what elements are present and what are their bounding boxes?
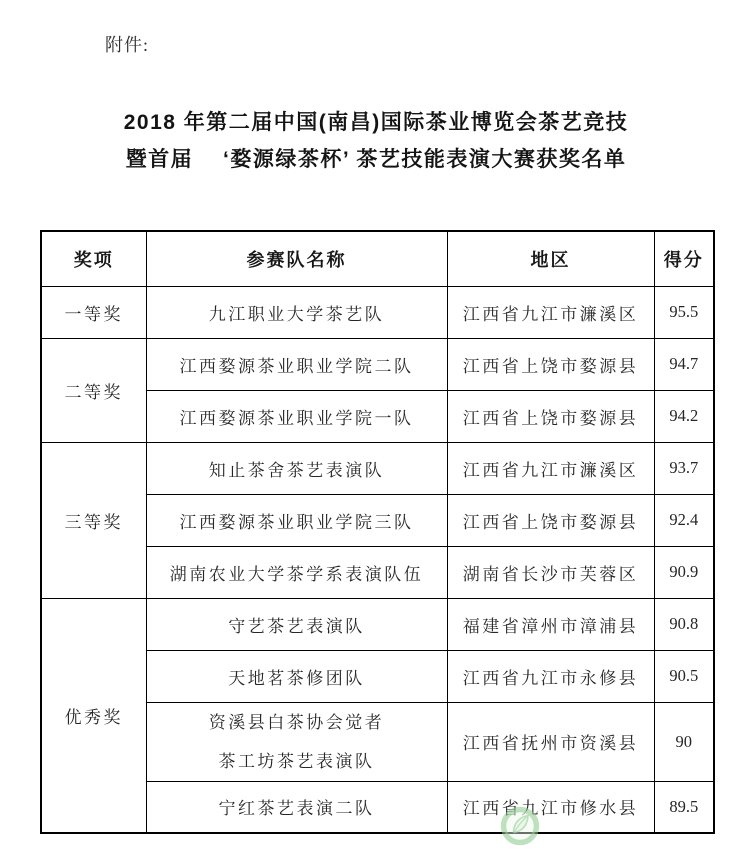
score-cell: 94.7 (654, 338, 714, 390)
attachment-label: 附件: (105, 31, 149, 57)
document-title: 2018 年第二届中国(南昌)国际茶业博览会茶艺竞技 暨首届 ‘婺源绿茶杯’ 茶… (0, 104, 752, 178)
score-cell: 89.5 (654, 781, 714, 833)
table-header-row: 奖项 参赛队名称 地区 得分 (41, 231, 714, 286)
header-team: 参赛队名称 (146, 231, 447, 286)
region-cell: 江西省上饶市婺源县 (447, 338, 654, 390)
header-region: 地区 (447, 231, 654, 286)
team-cell: 九江职业大学茶艺队 (146, 286, 447, 338)
awards-table: 奖项 参赛队名称 地区 得分 一等奖 九江职业大学茶艺队 江西省九江市濂溪区 9… (40, 230, 715, 834)
score-cell: 92.4 (654, 494, 714, 546)
team-cell: 守艺茶艺表演队 (146, 598, 447, 650)
header-award: 奖项 (41, 231, 146, 286)
team-cell: 宁红茶艺表演二队 (146, 781, 447, 833)
region-cell: 江西省九江市永修县 (447, 650, 654, 702)
team-cell: 天地茗茶修团队 (146, 650, 447, 702)
score-cell: 90.9 (654, 546, 714, 598)
score-cell: 90 (654, 702, 714, 781)
document-page: 附件: 2018 年第二届中国(南昌)国际茶业博览会茶艺竞技 暨首届 ‘婺源绿茶… (0, 0, 752, 861)
score-cell: 95.5 (654, 286, 714, 338)
region-cell: 福建省漳州市漳浦县 (447, 598, 654, 650)
team-cell: 资溪县白茶协会觉者 茶工坊茶艺表演队 (146, 702, 447, 781)
region-cell: 江西省抚州市资溪县 (447, 702, 654, 781)
award-cell: 二等奖 (41, 338, 146, 442)
region-cell: 江西省九江市濂溪区 (447, 286, 654, 338)
region-cell: 江西省九江市修水县 (447, 781, 654, 833)
award-cell: 优秀奖 (41, 598, 146, 833)
score-cell: 90.5 (654, 650, 714, 702)
table-row: 一等奖 九江职业大学茶艺队 江西省九江市濂溪区 95.5 (41, 286, 714, 338)
team-cell: 江西婺源茶业职业学院二队 (146, 338, 447, 390)
region-cell: 江西省上饶市婺源县 (447, 390, 654, 442)
score-cell: 94.2 (654, 390, 714, 442)
team-cell: 江西婺源茶业职业学院一队 (146, 390, 447, 442)
score-cell: 93.7 (654, 442, 714, 494)
award-cell: 三等奖 (41, 442, 146, 598)
table-row: 优秀奖 守艺茶艺表演队 福建省漳州市漳浦县 90.8 (41, 598, 714, 650)
team-cell: 知止茶舍茶艺表演队 (146, 442, 447, 494)
score-cell: 90.8 (654, 598, 714, 650)
table-row: 二等奖 江西婺源茶业职业学院二队 江西省上饶市婺源县 94.7 (41, 338, 714, 390)
document-title-line1: 2018 年第二届中国(南昌)国际茶业博览会茶艺竞技 (0, 104, 752, 141)
region-cell: 湖南省长沙市芙蓉区 (447, 546, 654, 598)
region-cell: 江西省上饶市婺源县 (447, 494, 654, 546)
header-score: 得分 (654, 231, 714, 286)
team-cell: 江西婺源茶业职业学院三队 (146, 494, 447, 546)
table-row: 三等奖 知止茶舍茶艺表演队 江西省九江市濂溪区 93.7 (41, 442, 714, 494)
award-cell: 一等奖 (41, 286, 146, 338)
region-cell: 江西省九江市濂溪区 (447, 442, 654, 494)
team-cell: 湖南农业大学茶学系表演队伍 (146, 546, 447, 598)
document-title-line2: 暨首届 ‘婺源绿茶杯’ 茶艺技能表演大赛获奖名单 (0, 141, 752, 178)
